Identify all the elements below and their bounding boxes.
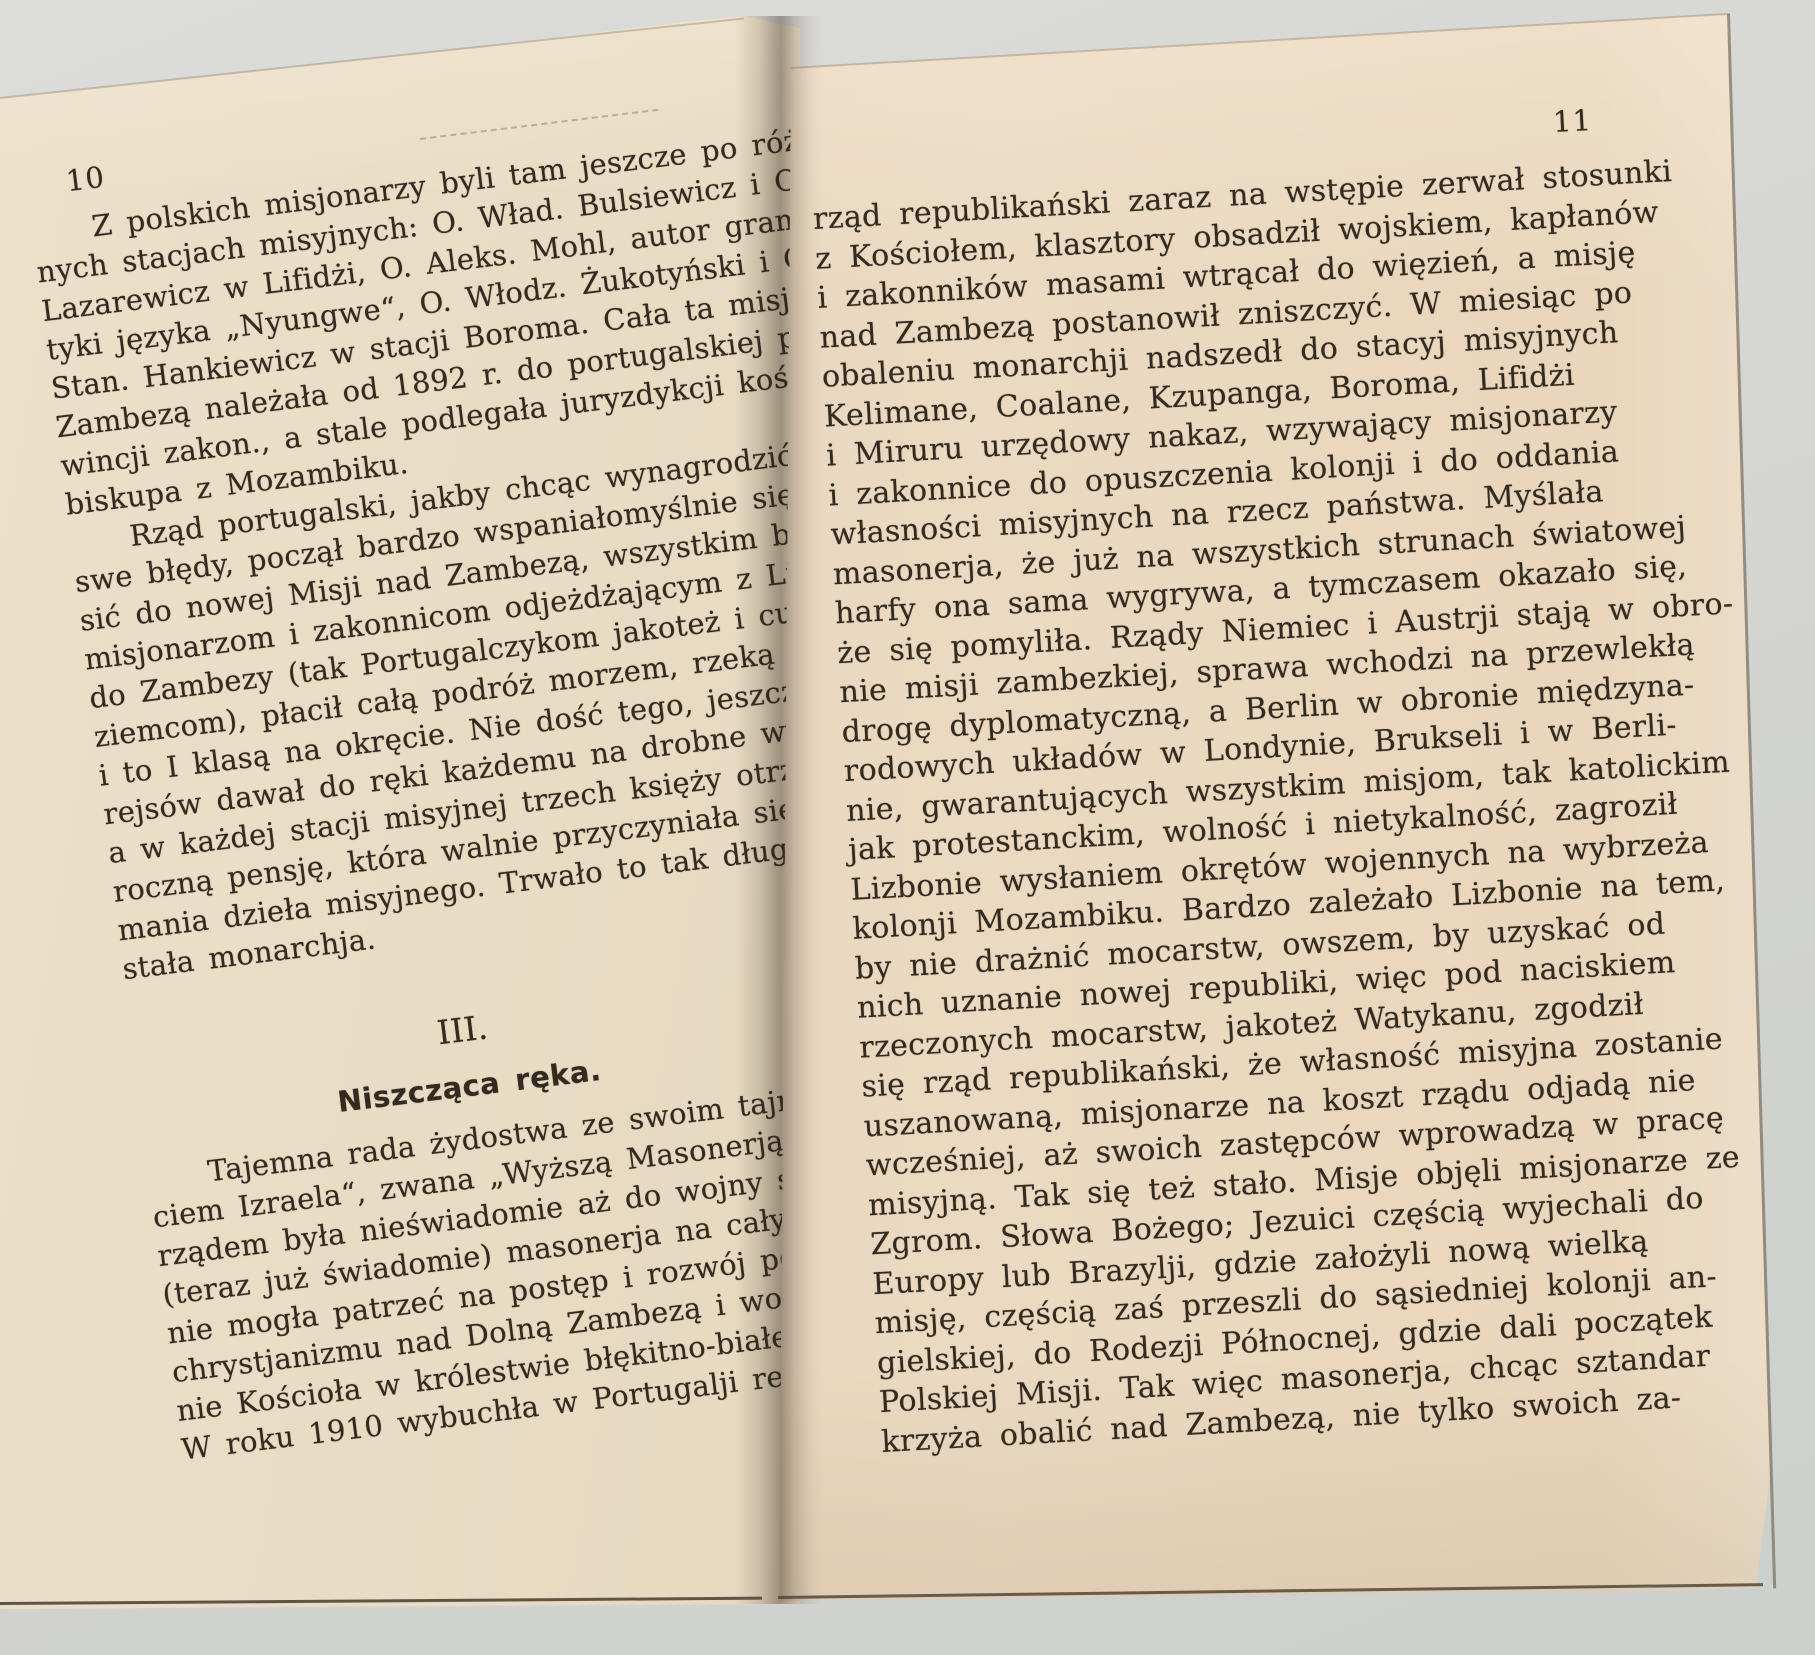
book-photo: 10 Z polskich misjonarzy byli tam jeszcz… [0,0,1815,1655]
right-paragraph: rząd republikański zaraz na wstępie zerw… [812,149,1786,1462]
left-page-number: 10 [64,160,107,198]
scan-crease-line [420,109,658,140]
right-page-text: rząd republikański zaraz na wstępie zerw… [812,149,1786,1462]
right-page-number: 11 [1552,103,1593,139]
left-paragraph-2: Rząd portugalski, jakby chcąc wynagrodzi… [68,431,889,989]
